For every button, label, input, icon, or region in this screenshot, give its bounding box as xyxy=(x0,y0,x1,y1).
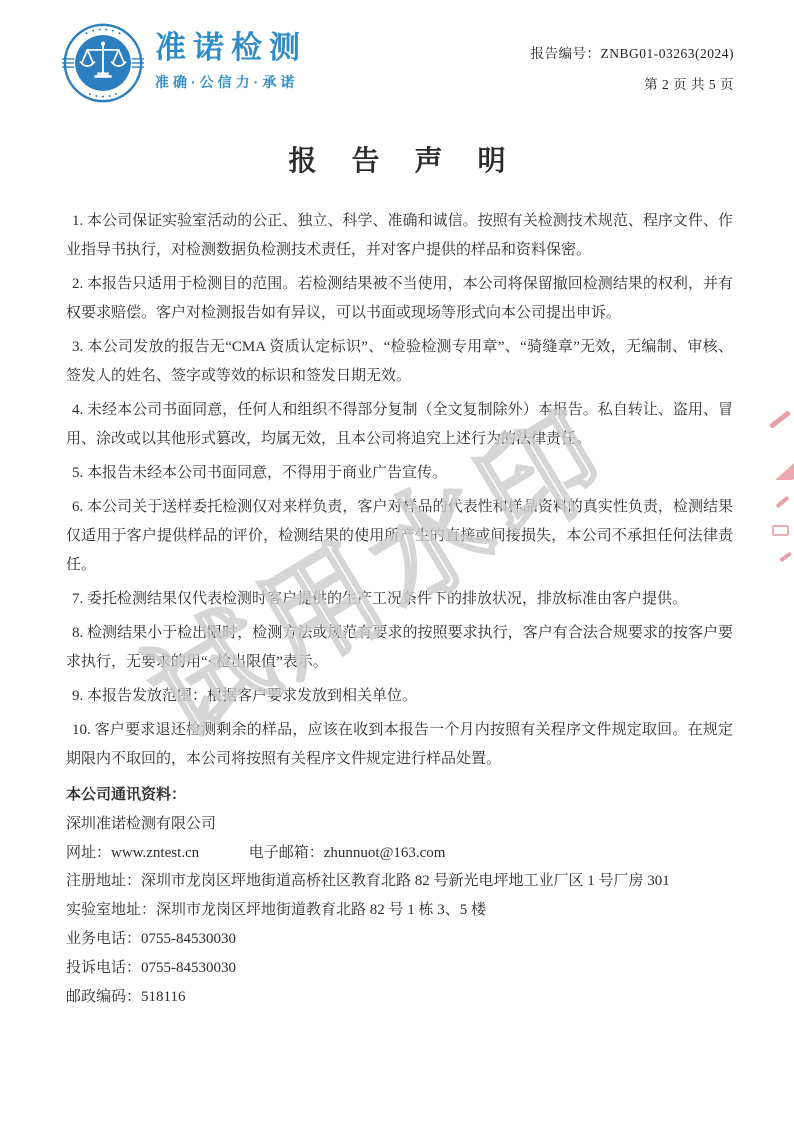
statement-3: 3. 本公司发放的报告无“CMA 资质认定标识”、“检验检测专用章”、“骑缝章”… xyxy=(66,333,733,391)
report-number: 报告编号：ZNBG01-03263(2024) xyxy=(531,38,735,69)
registered-address: 注册地址：深圳市龙岗区坪地街道高桥社区教育北路 82 号新光电坪地工业厂区 1 … xyxy=(66,867,733,896)
website-url: 网址：www.zntest.cn xyxy=(66,839,245,868)
statement-1: 1. 本公司保证实验室活动的公正、独立、科学、准确和诚信。按照有关检测技术规范、… xyxy=(66,207,733,265)
seal-stroke xyxy=(779,552,792,563)
seal-stroke xyxy=(769,410,791,429)
complaint-phone: 投诉电话：0755-84530030 xyxy=(66,954,733,983)
company-name: 深圳准诺检测有限公司 xyxy=(66,810,733,839)
scales-logo-icon xyxy=(62,22,144,104)
website-email-row: 网址：www.zntest.cn 电子邮箱：zhunnuot@163.com xyxy=(66,839,733,868)
statement-2: 2. 本报告只适用于检测目的范围。若检测结果被不当使用，本公司将保留撤回检测结果… xyxy=(66,270,733,328)
brand-name: 准诺检测 xyxy=(155,31,307,65)
email-address: 电子邮箱：zhunnuot@163.com xyxy=(249,845,446,861)
contact-heading: 本公司通讯资料： xyxy=(66,781,733,810)
page-title: 报 告 声 明 xyxy=(0,139,794,179)
brand-text: 准诺检测 准确·公信力·承诺 xyxy=(155,22,307,92)
seal-stroke xyxy=(775,496,789,509)
statement-6: 6. 本公司关于送样委托检测仅对来样负责，客户对样品的代表性和样品资料的真实性负… xyxy=(66,493,733,580)
statement-4: 4. 未经本公司书面同意，任何人和组织不得部分复制（全文复制除外）本报告。私自转… xyxy=(66,396,733,454)
statement-10: 10. 客户要求退还检测剩余的样品，应该在收到本报告一个月内按照有关程序文件规定… xyxy=(66,716,733,774)
page-indicator: 第 2 页 共 5 页 xyxy=(531,69,735,100)
business-phone: 业务电话：0755-84530030 xyxy=(66,925,733,954)
paging-seal-fragment xyxy=(760,405,794,575)
laboratory-address: 实验室地址：深圳市龙岗区坪地街道教育北路 82 号 1 栋 3、5 楼 xyxy=(66,896,733,925)
statement-8: 8. 检测结果小于检出限时，检测方法或规范有要求的按照要求执行，客户有合法合规要… xyxy=(66,619,733,677)
contact-info: 本公司通讯资料： 深圳准诺检测有限公司 网址：www.zntest.cn 电子邮… xyxy=(66,781,733,1011)
seal-stroke xyxy=(775,463,794,480)
statement-list: 1. 本公司保证实验室活动的公正、独立、科学、准确和诚信。按照有关检测技术规范、… xyxy=(66,207,733,779)
statement-7: 7. 委托检测结果仅代表检测时客户提供的生产工况条件下的排放状况，排放标准由客户… xyxy=(66,585,733,614)
report-statement-page: 试用水印 xyxy=(0,0,794,1122)
brand-tagline: 准确·公信力·承诺 xyxy=(155,72,307,92)
statement-5: 5. 本报告未经本公司书面同意，不得用于商业广告宣传。 xyxy=(66,459,733,488)
statement-9: 9. 本报告发放范围：根据客户要求发放到相关单位。 xyxy=(66,682,733,711)
seal-stroke xyxy=(772,525,789,536)
postal-code: 邮政编码：518116 xyxy=(66,983,733,1012)
company-brand: 准诺检测 准确·公信力·承诺 xyxy=(62,22,307,104)
header-meta: 报告编号：ZNBG01-03263(2024) 第 2 页 共 5 页 xyxy=(531,22,735,100)
page-header: 准诺检测 准确·公信力·承诺 报告编号：ZNBG01-03263(2024) 第… xyxy=(62,22,734,104)
